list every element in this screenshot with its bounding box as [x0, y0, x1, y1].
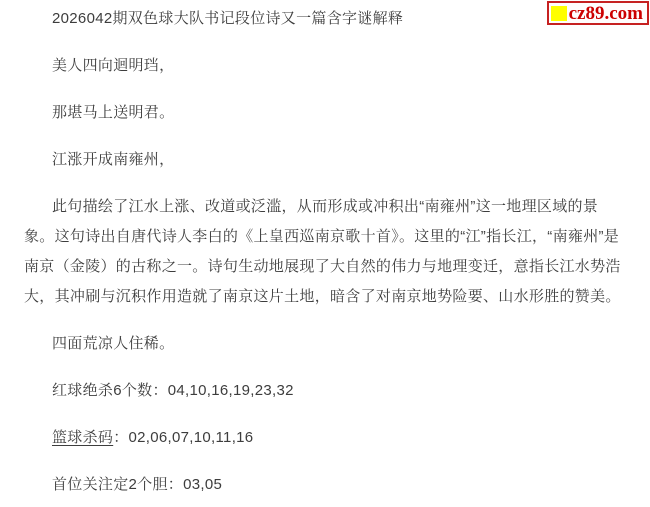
yellow-square-icon: [551, 6, 567, 21]
first-digit-numbers: 03,05: [183, 476, 222, 493]
blue-ball-kill-numbers: 02,06,07,10,11,16: [129, 429, 254, 446]
red-ball-kill-colon: ：: [152, 382, 167, 399]
first-digit-colon: ：: [168, 476, 183, 493]
poem-line-1: 美人四向迴明珰，: [24, 51, 626, 81]
blue-ball-kill-colon: ：: [113, 429, 128, 446]
first-digit-line: 首位关注定2个胆：03,05: [24, 470, 626, 500]
page-title: 2026042期双色球大队书记段位诗又一篇含字谜解释: [24, 4, 626, 34]
blue-ball-kill-label: 篮球杀码: [52, 429, 113, 446]
site-logo[interactable]: cz89.com: [547, 1, 649, 25]
blue-ball-kill-line: 篮球杀码：02,06,07,10,11,16: [24, 423, 626, 453]
red-ball-kill-numbers: 04,10,16,19,23,32: [168, 382, 294, 399]
red-ball-kill-line: 红球绝杀6个数：04,10,16,19,23,32: [24, 376, 626, 406]
red-ball-kill-label: 红球绝杀6个数: [52, 382, 152, 399]
poem-line-2: 那堪马上送明君。: [24, 98, 626, 128]
article-page: cz89.com 2026042期双色球大队书记段位诗又一篇含字谜解释 美人四向…: [0, 0, 650, 507]
poem-analysis: 此句描绘了江水上涨、改道或泛滥，从而形成或冲积出“南雍州”这一地理区域的景象。这…: [24, 192, 626, 312]
first-digit-label: 首位关注定2个胆: [52, 476, 168, 493]
poem-line-3: 江涨开成南雍州，: [24, 145, 626, 175]
site-logo-text: cz89.com: [569, 4, 643, 23]
poem-line-4: 四面荒凉人住稀。: [24, 329, 626, 359]
